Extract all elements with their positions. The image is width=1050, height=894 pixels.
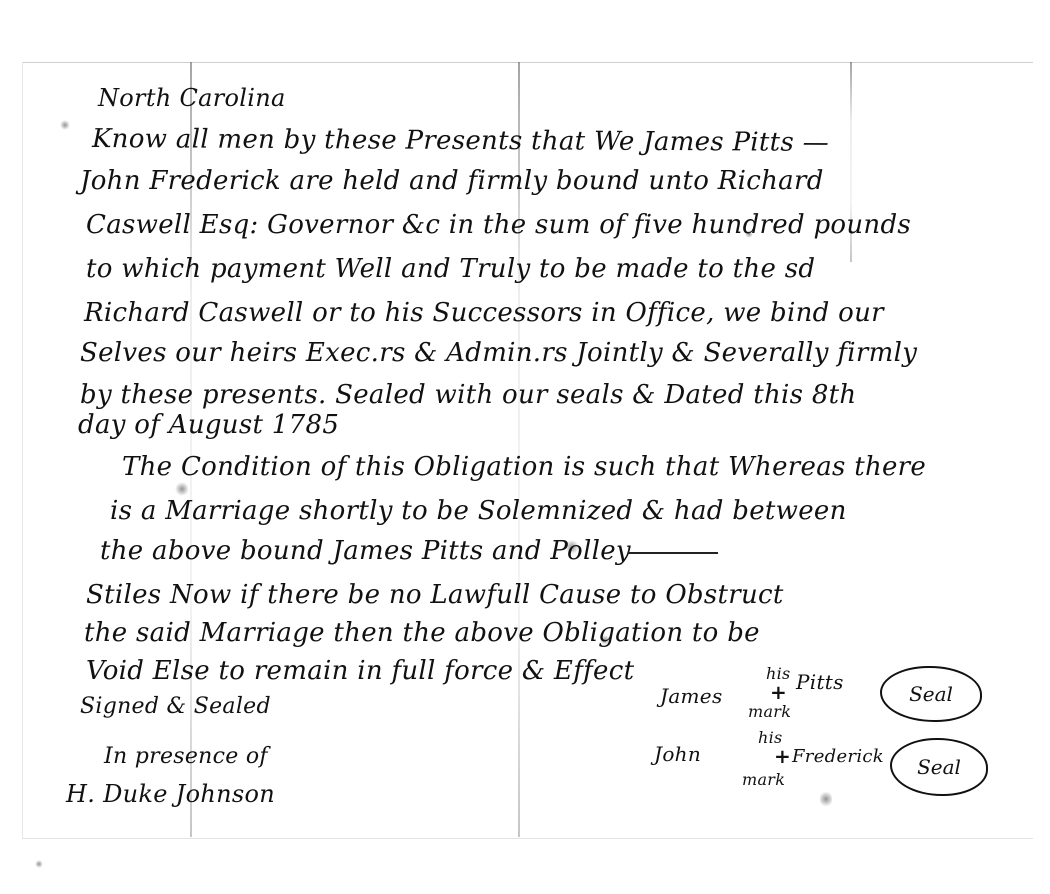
condition-line: The Condition of this Obligation is such… <box>122 452 926 482</box>
bond-line: Caswell Esq: Governor &c in the sum of f… <box>86 210 911 240</box>
ink-spot <box>175 482 189 496</box>
signatory-last-name: Frederick <box>792 746 884 767</box>
condition-line: is a Marriage shortly to be Solemnized &… <box>110 496 847 526</box>
signature-mark-x: + <box>770 680 787 704</box>
bond-line: to which payment Well and Truly to be ma… <box>86 254 815 284</box>
condition-line: Stiles Now if there be no Lawfull Cause … <box>86 580 784 610</box>
bond-line: Selves our heirs Exec.rs & Admin.rs Join… <box>80 338 917 368</box>
mark-label: mark <box>742 770 785 789</box>
bond-line: Richard Caswell or to his Successors in … <box>84 298 884 328</box>
bond-line: John Frederick are held and firmly bound… <box>80 166 824 196</box>
signature-mark-x: + <box>774 744 791 768</box>
bond-line: Know all men by these Presents that We J… <box>92 124 829 158</box>
signatory-first-name: James <box>660 684 723 708</box>
scanned-document-page: North Carolina Know all men by these Pre… <box>0 0 1050 894</box>
signatory-last-name: Pitts <box>796 670 844 694</box>
seal-text: Seal <box>909 682 953 706</box>
witness-signature: H. Duke Johnson <box>66 780 275 808</box>
signatory-first-name: John <box>654 742 701 766</box>
document-heading: North Carolina <box>98 84 286 112</box>
bond-line: by these presents. Sealed with our seals… <box>80 380 856 410</box>
signed-sealed-label: Signed & Sealed <box>80 694 271 719</box>
in-presence-of-label: In presence of <box>104 744 268 769</box>
ink-spot <box>60 120 70 130</box>
condition-line: the above bound James Pitts and Polley <box>100 536 631 566</box>
condition-line: the said Marriage then the above Obligat… <box>84 618 760 648</box>
ink-spot <box>35 860 43 868</box>
blank-rule <box>628 552 718 554</box>
mark-label: mark <box>748 702 791 721</box>
seal-text: Seal <box>917 755 961 779</box>
condition-line: Void Else to remain in full force & Effe… <box>86 656 634 686</box>
bond-line: day of August 1785 <box>78 410 339 440</box>
ink-spot <box>820 790 832 808</box>
